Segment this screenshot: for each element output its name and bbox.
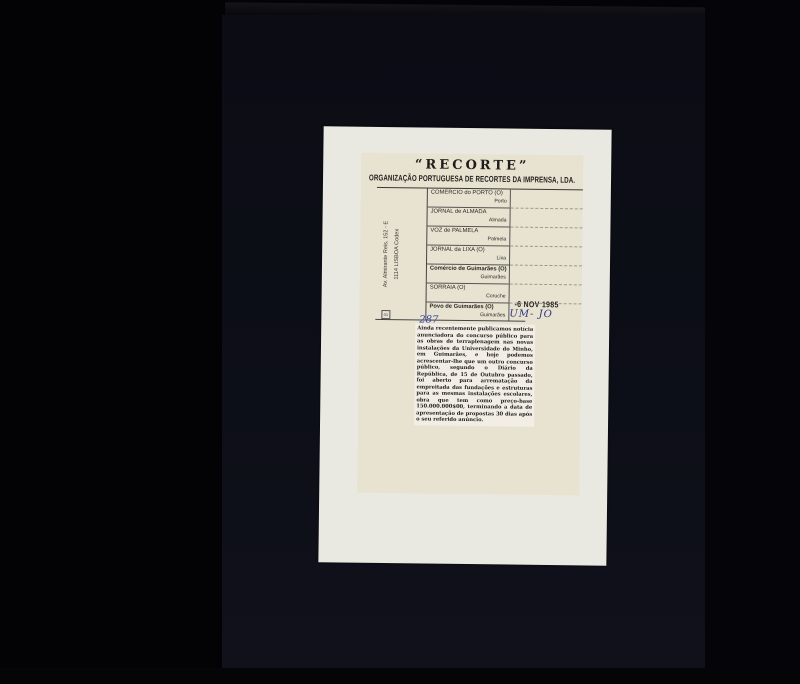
- publication-city: Lixa: [497, 255, 507, 261]
- page-number-box: 01: [381, 310, 390, 319]
- background-left: [0, 0, 225, 684]
- publication-row: JORNAL de ALMADA Almada: [427, 208, 509, 228]
- publication-row: VOZ de PALMELA Palmela: [427, 227, 509, 247]
- publication-name: SORRAIA (O): [430, 285, 466, 291]
- publication-city: Coruche: [486, 293, 506, 299]
- service-subtitle: ORGANIZAÇÃO PORTUGUESA DE RECORTES DA IM…: [361, 173, 583, 185]
- press-clipping: “RECORTE” ORGANIZAÇÃO PORTUGUESA DE RECO…: [357, 153, 583, 496]
- publication-row: COMERCIO do PORTO (O) Porto: [428, 189, 510, 209]
- publication-city: Palmela: [488, 236, 507, 242]
- date-field-row: [510, 209, 582, 229]
- news-article: Ainda recentemente publicamos notícia an…: [414, 323, 535, 426]
- publication-name: COMERCIO do PORTO (O): [431, 190, 503, 197]
- date-field-row: [510, 266, 582, 286]
- publication-row: JORNAL da LIXA (O) Lixa: [427, 246, 509, 266]
- publication-name: Comércio de Guimarães (O): [430, 266, 507, 273]
- publication-city: Guimarães: [480, 312, 505, 318]
- publication-city: Porto: [494, 198, 506, 204]
- handwritten-code: UM- JO: [509, 309, 553, 321]
- mount-paper: “RECORTE” ORGANIZAÇÃO PORTUGUESA DE RECO…: [318, 126, 611, 565]
- date-field-row: [511, 190, 583, 210]
- publication-row: Comércio de Guimarães (O) Guimarães: [427, 265, 509, 285]
- publication-city: Almada: [489, 217, 507, 223]
- date-field-row: [510, 228, 582, 248]
- publication-row: SORRAIA (O) Coruche: [427, 284, 509, 304]
- background-right: [705, 0, 800, 684]
- publication-city: Guimarães: [480, 274, 505, 280]
- address-line-2: 1114 LISBOA Codex: [391, 189, 404, 319]
- publication-row: Povo de Guimarães (O) Guimarães: [426, 303, 508, 322]
- background-bottom: [0, 668, 800, 684]
- date-field-row: [510, 247, 582, 267]
- publication-name: JORNAL da LIXA (O): [430, 247, 485, 254]
- publication-name: VOZ de PALMELA: [430, 228, 478, 235]
- service-title: “RECORTE”: [361, 157, 583, 175]
- service-address: Av. Almirante Reis, 152 - E 1114 LISBOA …: [361, 189, 423, 320]
- publication-name: JORNAL de ALMADA: [431, 209, 487, 216]
- publication-name: Povo de Guimarães (O): [429, 304, 493, 311]
- article-text: Ainda recentemente publicamos notícia an…: [416, 325, 533, 424]
